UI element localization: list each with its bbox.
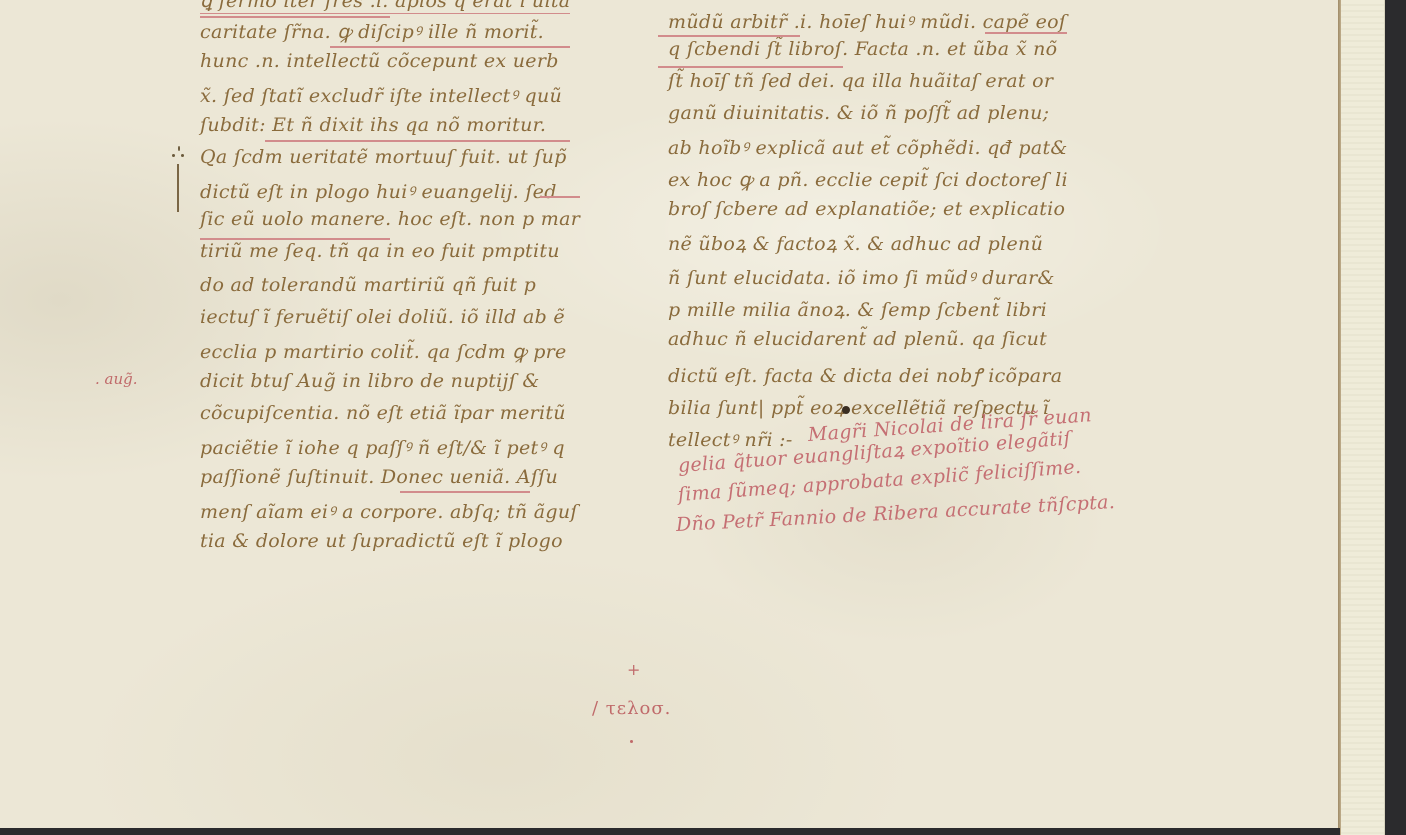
text-line: tiriũ me ſeq. tñ qa in eo fuit pmptitu — [200, 240, 560, 262]
rubric-underline — [200, 238, 390, 240]
explicit-ornament: + — [627, 660, 640, 679]
rubric-underline — [658, 35, 800, 37]
text-line: ſic eũ uolo manere. hoc eſt. non p mar — [200, 208, 580, 230]
text-line: nẽ ũboꝝ & factoꝝ x̃. & adhuc ad plenũ — [668, 230, 1043, 256]
rubric-underline — [540, 196, 580, 198]
manuscript-page: . aug̃. ꝗ ſermo iter ſr̃es .i. aplos q e… — [0, 0, 1338, 830]
text-line: do ad tolerandũ martiriũ qñ fuit p — [200, 274, 536, 296]
text-line: ex hoc ꝙ a pñ. ecclie cepit̃ ſci doctore… — [668, 166, 1068, 192]
text-line: ſubdit: Et ñ dixit ihs qa nõ moritur. — [200, 114, 546, 136]
text-line: ecclia p martirio colit̃. qa ſcdm ꝙ pre — [200, 338, 567, 364]
rubric-underline — [200, 16, 390, 18]
text-line: ꝗ ſermo iter ſr̃es .i. aplos q erat ĩ ui… — [200, 0, 570, 14]
text-line: paſſionẽ ſuſtinuit. Donec ueniã. Aſſu — [200, 466, 558, 488]
text-line: ſt̃ hoīſ tñ ſed dei. qa illa huãitaſ era… — [668, 70, 1053, 92]
explicit-telos: / τελοσ. — [592, 698, 671, 719]
text-line: x̃. ſed ſtatĩ excludr̃ iſte intellectꝰ q… — [200, 82, 562, 108]
text-line: menſ aĩam eiꝰ a corpore. abſq; tñ ãguſ — [200, 498, 578, 524]
backdrop — [0, 828, 1340, 835]
flyleaf — [1341, 0, 1385, 835]
margin-dot — [172, 154, 175, 157]
text-line: dictũ eſt in plogo huiꝰ euangelij. ſed — [200, 178, 557, 204]
text-line: Qa ſcdm ueritatẽ mortuuſ fuit. ut ſup̃ — [200, 146, 567, 168]
text-line: dictũ eſt. facta & dicta dei nobꝭ icõpar… — [668, 362, 1062, 388]
margin-mark — [168, 146, 188, 216]
rubric-underline — [330, 46, 570, 48]
text-line: ñ ſunt elucidata. iõ imo ſi mũdꝰ durar& — [668, 264, 1055, 290]
text-line: q ſcbendi ſt̃ libroſ. Facta .n. et ũba x… — [668, 38, 1057, 60]
text-line: iectuſ ĩ feruẽtiſ olei doliũ. iõ illd ab… — [200, 306, 565, 328]
text-line: ganũ diuinitatis. & iõ ñ poſſt̃ ad plenu… — [668, 102, 1049, 124]
text-line: ab hoĩbꝰ explicã aut et̃ cõphẽdi. qđ pat… — [668, 134, 1068, 160]
marginal-note: . aug̃. — [95, 370, 138, 388]
text-line: cõcupiſcentia. nõ eſt etiã ĩpar meritũ — [200, 402, 566, 424]
explicit-dot — [630, 740, 633, 743]
text-line: dicit btuſ Aug̃ in libro de nuptijſ & — [200, 370, 540, 392]
text-line: caritate ſr̃na. ꝙ diſcipꝰ ille ñ morit̃. — [200, 18, 544, 44]
text-line: hunc .n. intellectũ cõcepunt ex uerb — [200, 50, 559, 72]
rubric-underline — [985, 32, 1067, 34]
rubric-underline — [658, 66, 843, 68]
margin-stroke — [177, 164, 179, 212]
rubric-underline — [400, 491, 530, 493]
rubric-underline — [265, 140, 570, 142]
text-line: mũdũ arbitr̃ .i. hoīeſ huiꝰ mũdi. capẽ e… — [668, 8, 1066, 34]
text-line: adhuc ñ elucidarent̃ ad plenũ. qa ſicut — [668, 328, 1047, 350]
margin-tick — [178, 146, 180, 151]
text-line: p mille milia ãnoꝝ. & ſemp ſcbent̃ libri — [668, 296, 1047, 322]
text-line: paciẽtie ĩ iohe q paſſꝰ ñ eſt/& ĩ petꝰ q — [200, 434, 565, 460]
text-line: tia & dolore ut ſupradictũ eſt ĩ plogo — [200, 530, 563, 552]
text-line: broſ ſcbere ad explanatiõe; et explicati… — [668, 198, 1065, 220]
margin-dot — [181, 154, 184, 157]
ink-blot — [842, 406, 850, 414]
